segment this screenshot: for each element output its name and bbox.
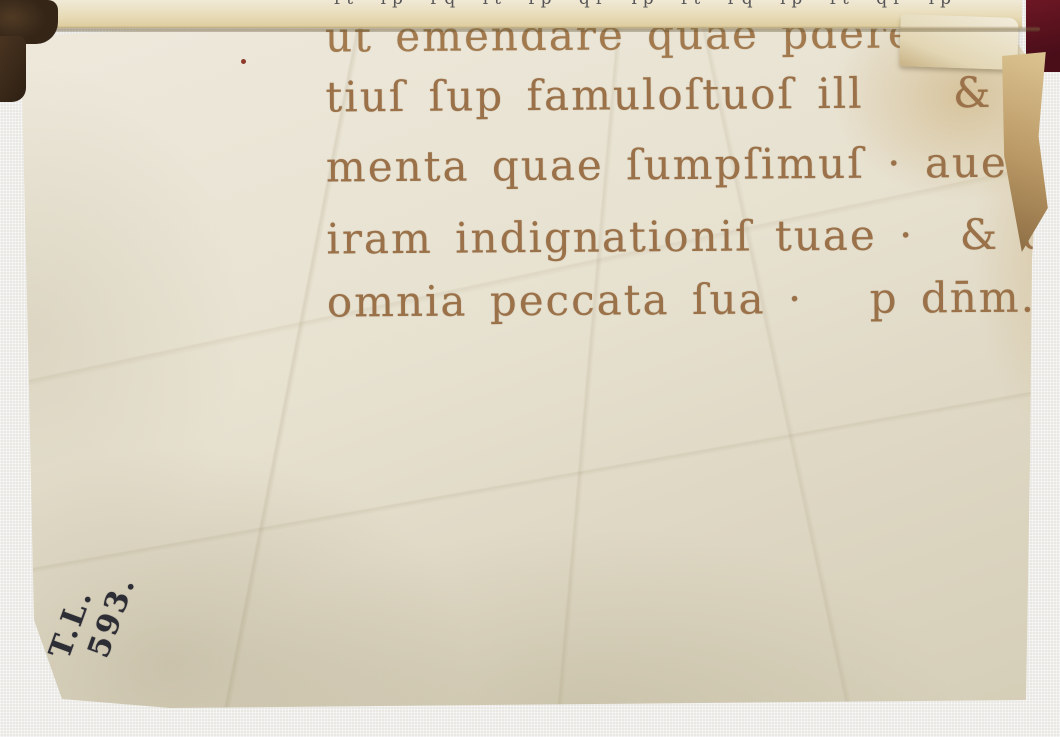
fold-crease-line xyxy=(20,26,1040,32)
text-line-2: tiuſ ſup famuloſtuoſ ill & p xyxy=(325,68,1044,122)
text-line-4: iram indignationiſ tuae · & di xyxy=(326,209,1060,263)
binding-remnant-lower xyxy=(0,36,26,102)
shelfmark-stamp: T.L. 593. xyxy=(43,520,170,680)
parchment-leaf: ut emendare quae pdere · reſ tiuſ ſup fa… xyxy=(0,0,1060,737)
upper-leaf-torn-corner xyxy=(899,14,1019,70)
upper-leaf-edge: ſt ip rq it ſp qr ip ſt rq ip ſt qr ip xyxy=(22,0,1022,28)
cut-off-script-fragment: ſt ip rq it ſp qr ip ſt rq ip ſt qr ip xyxy=(334,0,957,9)
ink-speck xyxy=(241,59,246,64)
text-line-3: menta quae ſumpſimuſ · aue xyxy=(326,138,1008,192)
text-line-5: omnia peccata ſua · p dn̄m. xyxy=(327,273,1036,327)
